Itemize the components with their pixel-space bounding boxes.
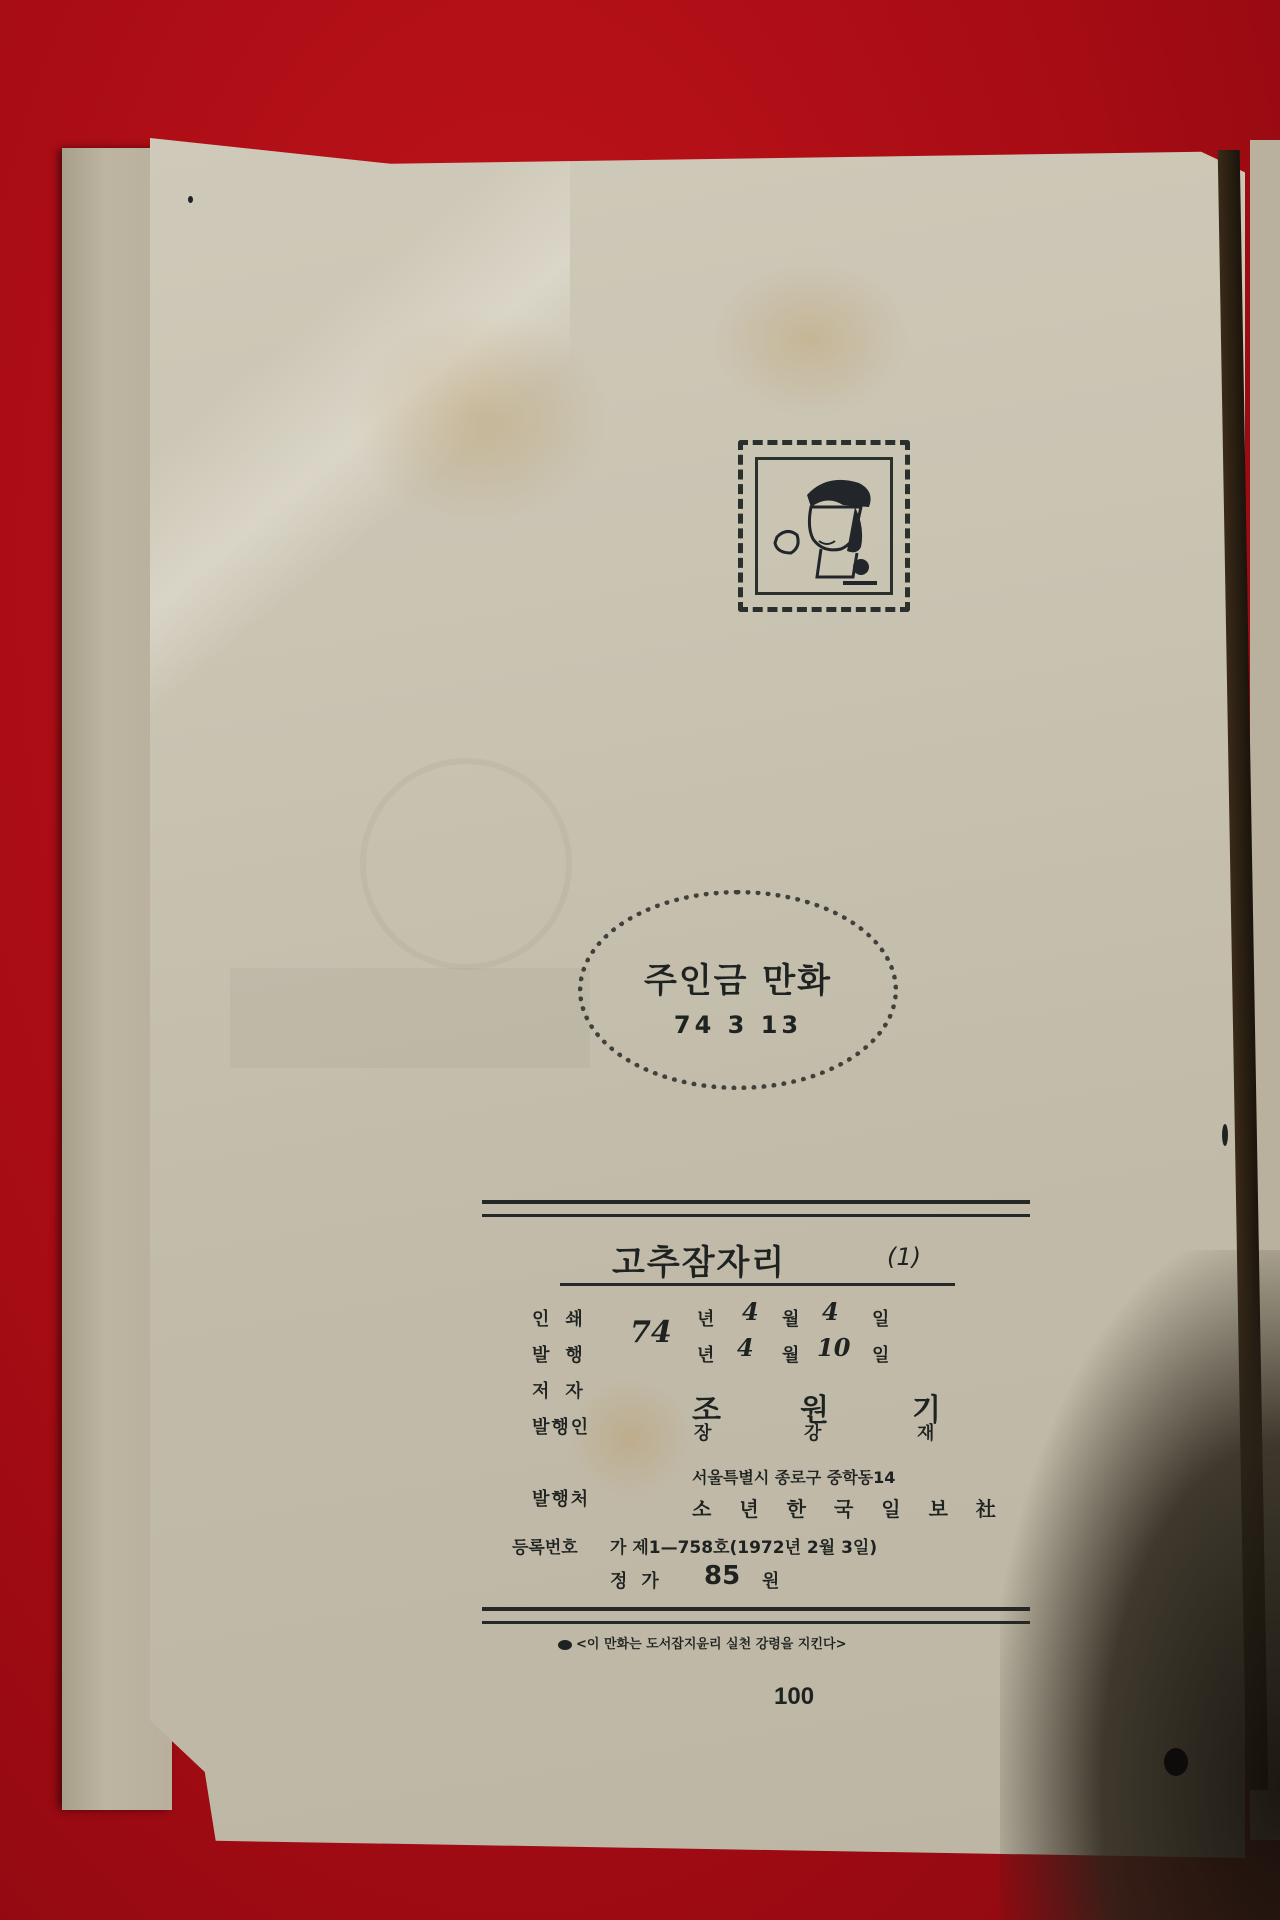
publication-info: 인쇄 74 년 4 월 4 일 발행 년 4 월 10 일 저자 조 원 기 발… (482, 1297, 1030, 1727)
illustration-stamp (738, 440, 910, 612)
publisher-person-char: 장 (694, 1419, 711, 1445)
show-through-block (230, 968, 590, 1068)
age-stain (350, 308, 610, 528)
hand-shadow (1000, 1250, 1280, 1920)
title-row: 고추잠자리 (1) (482, 1231, 1030, 1291)
title-underline (560, 1283, 955, 1286)
ink-spot (1164, 1748, 1188, 1776)
publisher-name: 소년한국일보社 (692, 1493, 1024, 1522)
library-stamp: 주인금 만화 74 3 13 (578, 890, 898, 1090)
boy-baseball-icon (757, 467, 897, 597)
ink-speck (558, 1640, 572, 1650)
publisher-person-char: 재 (917, 1419, 934, 1445)
price-unit: 원 (762, 1567, 779, 1593)
print-day: 4 (822, 1297, 839, 1326)
ethics-notice: <이 만화는 도서잡지윤리 실천 강령을 지킨다> (576, 1633, 846, 1652)
price-value: 85 (704, 1561, 740, 1591)
year-handwritten: 74 (630, 1315, 672, 1350)
registration-value: 가 제1—758호(1972년 2월 3일) (610, 1533, 877, 1558)
day-suffix: 일 (872, 1305, 889, 1331)
author-label: 저자 (532, 1377, 599, 1403)
year-suffix: 년 (697, 1341, 714, 1367)
ink-speck (188, 196, 193, 203)
bottom-double-rule (482, 1607, 1030, 1624)
print-month: 4 (742, 1297, 759, 1326)
print-date-label: 인쇄 (532, 1305, 599, 1331)
year-suffix: 년 (697, 1305, 714, 1331)
age-stain (710, 258, 910, 418)
publisher-person-char: 강 (804, 1419, 821, 1445)
registration-label: 등록번호 (512, 1533, 578, 1558)
volume-number: (1) (887, 1243, 921, 1271)
month-suffix: 월 (782, 1341, 799, 1367)
publisher-person-label: 발행인 (532, 1413, 590, 1439)
day-suffix: 일 (872, 1341, 889, 1367)
publisher-label: 발행처 (532, 1485, 590, 1511)
library-stamp-name: 주인금 만화 (583, 953, 893, 1002)
library-stamp-date: 74 3 13 (583, 1011, 893, 1039)
ink-speck (1222, 1124, 1228, 1146)
issue-month: 4 (737, 1333, 754, 1362)
price-label: 정가 (610, 1567, 673, 1593)
top-double-rule (482, 1200, 1030, 1217)
month-suffix: 월 (782, 1305, 799, 1331)
publisher-address: 서울특별시 종로구 중학동14 (692, 1465, 895, 1488)
show-through-circle (360, 758, 572, 970)
page-number: 100 (774, 1683, 814, 1711)
book-title: 고추잠자리 (612, 1235, 786, 1284)
issue-day: 10 (817, 1333, 850, 1362)
issue-date-label: 발행 (532, 1341, 599, 1367)
